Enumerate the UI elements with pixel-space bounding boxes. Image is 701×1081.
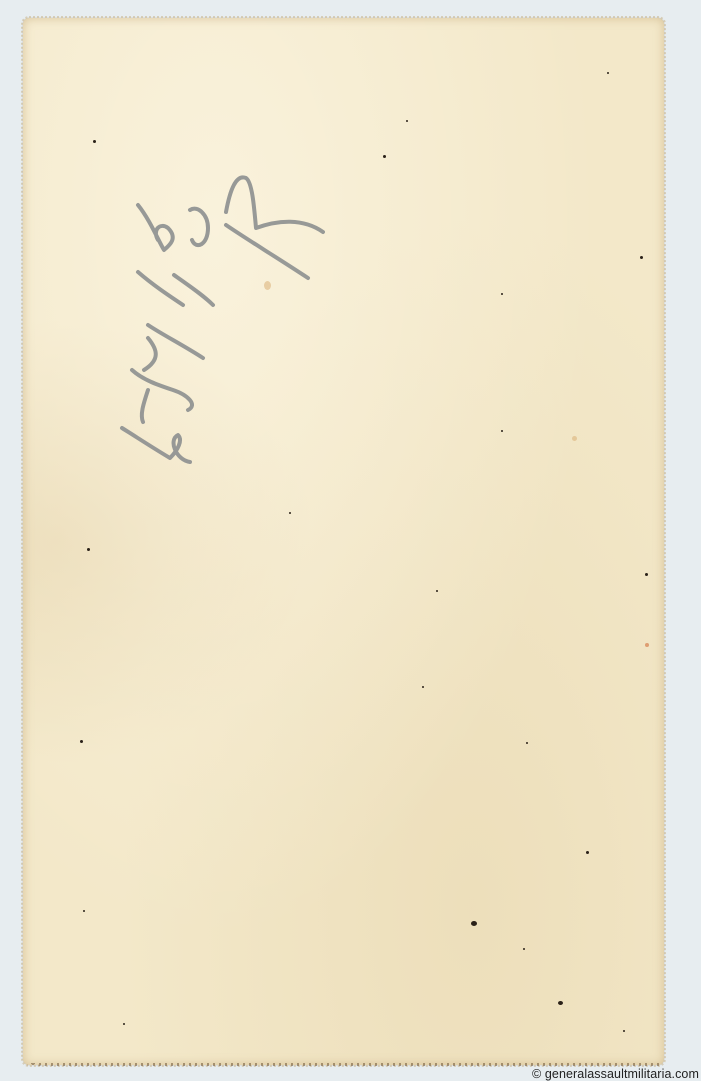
foxing-spot — [645, 573, 648, 576]
foxing-spot — [80, 740, 83, 743]
foxing-spot — [586, 851, 589, 854]
foxing-spot — [436, 590, 438, 592]
copyright-watermark: © generalassaultmilitaria.com — [532, 1067, 699, 1081]
foxing-spot — [87, 548, 90, 551]
foxing-spot — [501, 293, 503, 295]
foxing-spot — [607, 72, 609, 74]
foxing-spot — [83, 910, 85, 912]
foxing-spot — [93, 140, 96, 143]
foxing-spot — [123, 1023, 125, 1025]
foxing-spot — [640, 256, 643, 259]
foxing-spot — [523, 948, 525, 950]
paper-stain — [645, 643, 649, 647]
paper-stain — [572, 436, 577, 441]
foxing-spot — [422, 686, 424, 688]
foxing-spot — [623, 1030, 625, 1032]
foxing-spot — [526, 742, 528, 744]
foxing-spot — [406, 120, 408, 122]
foxing-spot — [501, 430, 503, 432]
foxing-spot — [383, 155, 386, 158]
foxing-spot — [289, 512, 291, 514]
pencil-inscription: 52142 S — [108, 160, 348, 480]
foxing-spot — [471, 921, 477, 926]
foxing-spot — [558, 1001, 563, 1005]
